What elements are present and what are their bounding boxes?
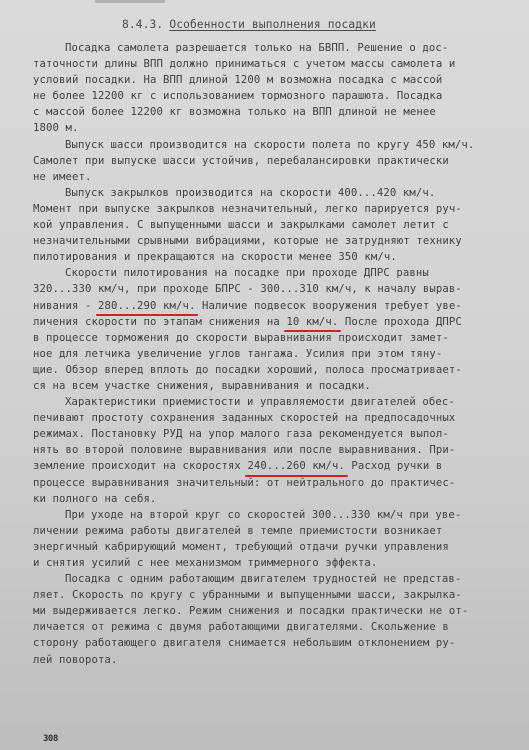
text-fragment: ляет. Скорость по кругу с убранными и вы…: [33, 589, 462, 601]
text-fragment: щие. Обзор вперед вплоть до посадки хоро…: [33, 364, 462, 376]
text-line: личения скорости по этапам снижения на 1…: [33, 314, 503, 330]
text-line: 1800 м.: [33, 120, 503, 136]
text-fragment: Посадка самолета разрешается только на Б…: [65, 42, 448, 54]
paragraph-first-line: Выпуск закрылков производится на скорост…: [33, 185, 503, 201]
text-fragment: личения скорости по этапам снижения на: [33, 316, 286, 328]
document-page: 8.4.3.Особенности выполнения посадки Пос…: [0, 0, 529, 750]
text-line: условий посадки. На ВПП длиной 1200 м во…: [33, 72, 503, 88]
text-line: пилотирования и прекращаются на скорости…: [33, 249, 503, 265]
text-fragment: Момент при выпуске закрылков незначитель…: [33, 203, 462, 215]
text-fragment: После прохода ДПРС: [338, 316, 461, 328]
text-fragment: режимах. Постановку РУД на упор малого г…: [33, 428, 449, 440]
text-line: земление происходит на скоростях 240...2…: [33, 458, 503, 474]
text-line: сторону работающего двигателя снимается …: [33, 635, 503, 651]
text-line: режимах. Постановку РУД на упор малого г…: [33, 426, 503, 442]
underlined-speed-value: 10 км/ч.: [286, 314, 338, 330]
scan-edge-shadow: [95, 0, 165, 3]
text-fragment: энергичный кабрирующий момент, требующий…: [33, 541, 449, 553]
text-fragment: 1800 м.: [33, 122, 79, 134]
text-fragment: печивают простоту сохранения заданных ск…: [33, 412, 455, 424]
text-fragment: ми выдерживается легко. Режим снижения и…: [33, 605, 468, 617]
text-line: энергичный кабрирующий момент, требующий…: [33, 539, 503, 555]
text-fragment: Характеристики приемистости и управляемо…: [65, 396, 455, 408]
text-line: незначительными срывными вибрациями, кот…: [33, 233, 503, 249]
text-line: ми выдерживается легко. Режим снижения и…: [33, 603, 503, 619]
text-fragment: и снятия усилий с нее механизмом триммер…: [33, 557, 377, 569]
text-fragment: Наличие подвесок вооружения требует уве-: [195, 300, 461, 312]
text-fragment: сторону работающего двигателя снимается …: [33, 637, 455, 649]
text-fragment: нять во второй половине выравнивания или…: [33, 444, 455, 456]
text-fragment: незначительными срывными вибрациями, кот…: [33, 235, 462, 247]
text-line: процессе выравнивания значительный: от н…: [33, 475, 503, 491]
text-fragment: ное для летчика увеличение углов тангажа…: [33, 348, 442, 360]
underlined-speed-value: 280...290 км/ч.: [98, 298, 195, 314]
text-line: ки полного на себя.: [33, 491, 503, 507]
text-fragment: нивания -: [33, 300, 98, 312]
text-fragment: условий посадки. На ВПП длиной 1200 м во…: [33, 74, 442, 86]
text-line: таточности длины ВПП должно приниматься …: [33, 56, 503, 72]
text-line: ляет. Скорость по кругу с убранными и вы…: [33, 587, 503, 603]
text-fragment: При уходе на второй круг со скоростей 30…: [65, 509, 461, 521]
text-line: личается от режима с двумя работающими д…: [33, 619, 503, 635]
text-fragment: с массой более 12200 кг возможна только …: [33, 106, 436, 118]
text-fragment: таточности длины ВПП должно приниматься …: [33, 58, 455, 70]
text-line: с массой более 12200 кг возможна только …: [33, 104, 503, 120]
text-fragment: лей поворота.: [33, 654, 117, 666]
text-line: ся на всем участке снижения, выравнивани…: [33, 378, 503, 394]
text-fragment: Скорости пилотирования на посадке при пр…: [65, 267, 429, 279]
text-fragment: Самолет при выпуске шасси устойчив, пере…: [33, 155, 449, 167]
text-fragment: в процессе торможения до скорости выравн…: [33, 332, 449, 344]
text-line: Момент при выпуске закрылков незначитель…: [33, 201, 503, 217]
paragraph-first-line: Скорости пилотирования на посадке при пр…: [33, 265, 503, 281]
text-fragment: личении режима работы двигателей в темпе…: [33, 525, 442, 537]
text-fragment: Расход ручки в: [345, 460, 442, 472]
text-line: личении режима работы двигателей в темпе…: [33, 523, 503, 539]
text-line: и снятия усилий с нее механизмом триммер…: [33, 555, 503, 571]
underlined-speed-value: 240...260 км/ч.: [247, 458, 344, 474]
text-fragment: 320...330 км/ч, при проходе БПРС - 300..…: [33, 283, 462, 295]
text-fragment: не более 12200 кг с использованием тормо…: [33, 90, 442, 102]
text-fragment: Выпуск шасси производится на скорости по…: [65, 139, 474, 151]
paragraph-first-line: Посадка самолета разрешается только на Б…: [33, 40, 503, 56]
text-line: нивания - 280...290 км/ч. Наличие подвес…: [33, 298, 503, 314]
text-line: не более 12200 кг с использованием тормо…: [33, 88, 503, 104]
text-fragment: земление происходит на скоростях: [33, 460, 247, 472]
section-title: Особенности выполнения посадки: [169, 18, 376, 31]
text-fragment: пилотирования и прекращаются на скорости…: [33, 251, 397, 263]
text-line: печивают простоту сохранения заданных ск…: [33, 410, 503, 426]
text-fragment: ки полного на себя.: [33, 493, 156, 505]
text-line: не имеет.: [33, 169, 503, 185]
text-line: нять во второй половине выравнивания или…: [33, 442, 503, 458]
section-heading: 8.4.3.Особенности выполнения посадки: [122, 18, 376, 31]
text-fragment: Посадка с одним работающим двигателем тр…: [65, 573, 461, 585]
paragraph-first-line: Выпуск шасси производится на скорости по…: [33, 137, 503, 153]
text-fragment: ся на всем участке снижения, выравнивани…: [33, 380, 371, 392]
text-line: лей поворота.: [33, 652, 503, 668]
text-line: в процессе торможения до скорости выравн…: [33, 330, 503, 346]
text-fragment: кой управления. С выпущенными шасси и за…: [33, 219, 449, 231]
paragraph-first-line: При уходе на второй круг со скоростей 30…: [33, 507, 503, 523]
body-text: Посадка самолета разрешается только на Б…: [33, 40, 503, 668]
text-line: щие. Обзор вперед вплоть до посадки хоро…: [33, 362, 503, 378]
text-fragment: не имеет.: [33, 171, 91, 183]
text-line: Самолет при выпуске шасси устойчив, пере…: [33, 153, 503, 169]
text-fragment: личается от режима с двумя работающими д…: [33, 621, 449, 633]
section-number: 8.4.3.: [122, 18, 163, 31]
text-fragment: процессе выравнивания значительный: от н…: [33, 477, 455, 489]
text-fragment: Выпуск закрылков производится на скорост…: [65, 187, 435, 199]
text-line: 320...330 км/ч, при проходе БПРС - 300..…: [33, 281, 503, 297]
text-line: кой управления. С выпущенными шасси и за…: [33, 217, 503, 233]
text-line: ное для летчика увеличение углов тангажа…: [33, 346, 503, 362]
page-number: 308: [43, 734, 58, 744]
paragraph-first-line: Посадка с одним работающим двигателем тр…: [33, 571, 503, 587]
paragraph-first-line: Характеристики приемистости и управляемо…: [33, 394, 503, 410]
